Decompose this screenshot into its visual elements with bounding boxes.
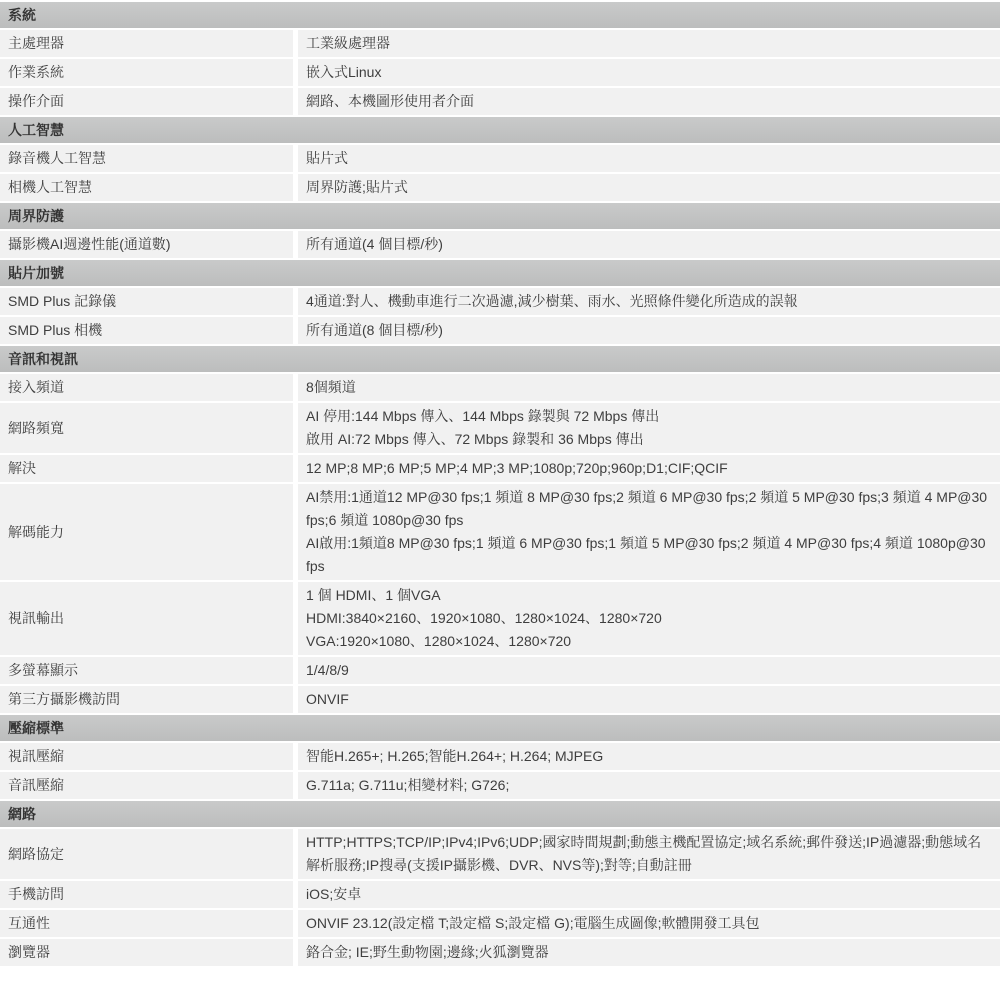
spec-value-text: iOS;安卓: [306, 883, 361, 906]
spec-value-text: 1/4/8/9: [306, 659, 349, 682]
table-row: 視訊輸出1 個 HDMI、1 個VGA HDMI:3840×2160、1920×…: [0, 582, 1000, 655]
table-row: 瀏覽器鉻合金; IE;野生動物園;邊緣;火狐瀏覽器: [0, 939, 1000, 966]
table-row: 網路頻寬AI 停用:144 Mbps 傳入、144 Mbps 錄製與 72 Mb…: [0, 403, 1000, 453]
spec-label: 視訊壓縮: [0, 743, 293, 770]
spec-value: AI 停用:144 Mbps 傳入、144 Mbps 錄製與 72 Mbps 傳…: [298, 403, 1000, 453]
section-header: 系統: [0, 2, 1000, 28]
spec-label: SMD Plus 記錄儀: [0, 288, 293, 315]
spec-value-text: 工業級處理器: [306, 32, 390, 55]
spec-label: 解碼能力: [0, 484, 293, 580]
spec-value: 網路、本機圖形使用者介面: [298, 88, 1000, 115]
spec-label: 視訊輸出: [0, 582, 293, 655]
spec-value: 8個頻道: [298, 374, 1000, 401]
spec-value-text: 嵌入式Linux: [306, 61, 381, 84]
spec-value-text: 智能H.265+; H.265;智能H.264+; H.264; MJPEG: [306, 745, 603, 768]
spec-value: 所有通道(4 個目標/秒): [298, 231, 1000, 258]
table-row: 手機訪問iOS;安卓: [0, 881, 1000, 908]
section-header: 貼片加號: [0, 260, 1000, 286]
spec-value: 工業級處理器: [298, 30, 1000, 57]
spec-value: 1/4/8/9: [298, 657, 1000, 684]
spec-value: ONVIF: [298, 686, 1000, 713]
spec-label: 網路協定: [0, 829, 293, 879]
spec-value-text: 貼片式: [306, 147, 348, 170]
spec-value: HTTP;HTTPS;TCP/IP;IPv4;IPv6;UDP;國家時間規劃;動…: [298, 829, 1000, 879]
spec-value-text: HTTP;HTTPS;TCP/IP;IPv4;IPv6;UDP;國家時間規劃;動…: [306, 831, 992, 877]
spec-value-text: 所有通道(4 個目標/秒): [306, 233, 443, 256]
table-row: 操作介面網路、本機圖形使用者介面: [0, 88, 1000, 115]
section-header: 網路: [0, 801, 1000, 827]
section-title: 周界防護: [8, 208, 64, 224]
table-row: 接入頻道8個頻道: [0, 374, 1000, 401]
spec-value: 周界防護;貼片式: [298, 174, 1000, 201]
spec-value-text: G.711a; G.711u;相變材料; G726;: [306, 774, 509, 797]
spec-value: AI禁用:1通道12 MP@30 fps;1 頻道 8 MP@30 fps;2 …: [298, 484, 1000, 580]
spec-value: 嵌入式Linux: [298, 59, 1000, 86]
section-title: 壓縮標準: [8, 720, 64, 736]
spec-value: 鉻合金; IE;野生動物園;邊緣;火狐瀏覽器: [298, 939, 1000, 966]
section-title: 音訊和視訊: [8, 351, 78, 367]
spec-value: 12 MP;8 MP;6 MP;5 MP;4 MP;3 MP;1080p;720…: [298, 455, 1000, 482]
spec-label: 錄音機人工智慧: [0, 145, 293, 172]
spec-label: SMD Plus 相機: [0, 317, 293, 344]
spec-label: 第三方攝影機訪問: [0, 686, 293, 713]
table-row: 解決12 MP;8 MP;6 MP;5 MP;4 MP;3 MP;1080p;7…: [0, 455, 1000, 482]
spec-value-text: 周界防護;貼片式: [306, 176, 408, 199]
spec-value-text: 所有通道(8 個目標/秒): [306, 319, 443, 342]
spec-label: 多螢幕顯示: [0, 657, 293, 684]
spec-label: 相機人工智慧: [0, 174, 293, 201]
table-row: 主處理器工業級處理器: [0, 30, 1000, 57]
table-row: 相機人工智慧周界防護;貼片式: [0, 174, 1000, 201]
spec-table: 系統主處理器工業級處理器作業系統嵌入式Linux操作介面網路、本機圖形使用者介面…: [0, 0, 1000, 966]
spec-value: 1 個 HDMI、1 個VGA HDMI:3840×2160、1920×1080…: [298, 582, 1000, 655]
section-title: 系統: [8, 7, 36, 23]
spec-value: G.711a; G.711u;相變材料; G726;: [298, 772, 1000, 799]
spec-value-text: ONVIF: [306, 688, 349, 711]
table-row: 第三方攝影機訪問ONVIF: [0, 686, 1000, 713]
spec-value: 貼片式: [298, 145, 1000, 172]
table-row: 錄音機人工智慧貼片式: [0, 145, 1000, 172]
table-row: 互通性ONVIF 23.12(設定檔 T;設定檔 S;設定檔 G);電腦生成圖像…: [0, 910, 1000, 937]
table-row: 音訊壓縮G.711a; G.711u;相變材料; G726;: [0, 772, 1000, 799]
spec-label: 接入頻道: [0, 374, 293, 401]
table-row: 視訊壓縮智能H.265+; H.265;智能H.264+; H.264; MJP…: [0, 743, 1000, 770]
table-row: SMD Plus 記錄儀4通道:對人、機動車進行二次過濾,減少樹葉、雨水、光照條…: [0, 288, 1000, 315]
spec-value-text: 8個頻道: [306, 376, 356, 399]
table-row: 多螢幕顯示1/4/8/9: [0, 657, 1000, 684]
spec-label: 手機訪問: [0, 881, 293, 908]
table-row: 作業系統嵌入式Linux: [0, 59, 1000, 86]
spec-value: ONVIF 23.12(設定檔 T;設定檔 S;設定檔 G);電腦生成圖像;軟體…: [298, 910, 1000, 937]
spec-value: iOS;安卓: [298, 881, 1000, 908]
spec-value-text: ONVIF 23.12(設定檔 T;設定檔 S;設定檔 G);電腦生成圖像;軟體…: [306, 912, 759, 935]
spec-value-text: 1 個 HDMI、1 個VGA HDMI:3840×2160、1920×1080…: [306, 584, 662, 653]
spec-label: 互通性: [0, 910, 293, 937]
spec-label: 音訊壓縮: [0, 772, 293, 799]
spec-value-text: 鉻合金; IE;野生動物園;邊緣;火狐瀏覽器: [306, 941, 549, 964]
spec-label: 主處理器: [0, 30, 293, 57]
section-header: 周界防護: [0, 203, 1000, 229]
spec-value-text: 網路、本機圖形使用者介面: [306, 90, 474, 113]
table-row: 網路協定HTTP;HTTPS;TCP/IP;IPv4;IPv6;UDP;國家時間…: [0, 829, 1000, 879]
spec-value: 智能H.265+; H.265;智能H.264+; H.264; MJPEG: [298, 743, 1000, 770]
section-header: 壓縮標準: [0, 715, 1000, 741]
spec-label: 解決: [0, 455, 293, 482]
spec-value-text: AI禁用:1通道12 MP@30 fps;1 頻道 8 MP@30 fps;2 …: [306, 486, 992, 578]
spec-label: 作業系統: [0, 59, 293, 86]
spec-label: 網路頻寬: [0, 403, 293, 453]
section-title: 人工智慧: [8, 122, 64, 138]
spec-label: 操作介面: [0, 88, 293, 115]
section-title: 貼片加號: [8, 265, 64, 281]
spec-label: 瀏覽器: [0, 939, 293, 966]
section-header: 人工智慧: [0, 117, 1000, 143]
table-row: 解碼能力AI禁用:1通道12 MP@30 fps;1 頻道 8 MP@30 fp…: [0, 484, 1000, 580]
section-title: 網路: [8, 806, 36, 822]
section-header: 音訊和視訊: [0, 346, 1000, 372]
table-row: 攝影機AI週邊性能(通道數)所有通道(4 個目標/秒): [0, 231, 1000, 258]
spec-value: 所有通道(8 個目標/秒): [298, 317, 1000, 344]
spec-value: 4通道:對人、機動車進行二次過濾,減少樹葉、雨水、光照條件變化所造成的誤報: [298, 288, 1000, 315]
spec-label: 攝影機AI週邊性能(通道數): [0, 231, 293, 258]
table-row: SMD Plus 相機所有通道(8 個目標/秒): [0, 317, 1000, 344]
spec-value-text: 4通道:對人、機動車進行二次過濾,減少樹葉、雨水、光照條件變化所造成的誤報: [306, 290, 798, 313]
spec-value-text: AI 停用:144 Mbps 傳入、144 Mbps 錄製與 72 Mbps 傳…: [306, 405, 659, 451]
spec-value-text: 12 MP;8 MP;6 MP;5 MP;4 MP;3 MP;1080p;720…: [306, 457, 728, 480]
